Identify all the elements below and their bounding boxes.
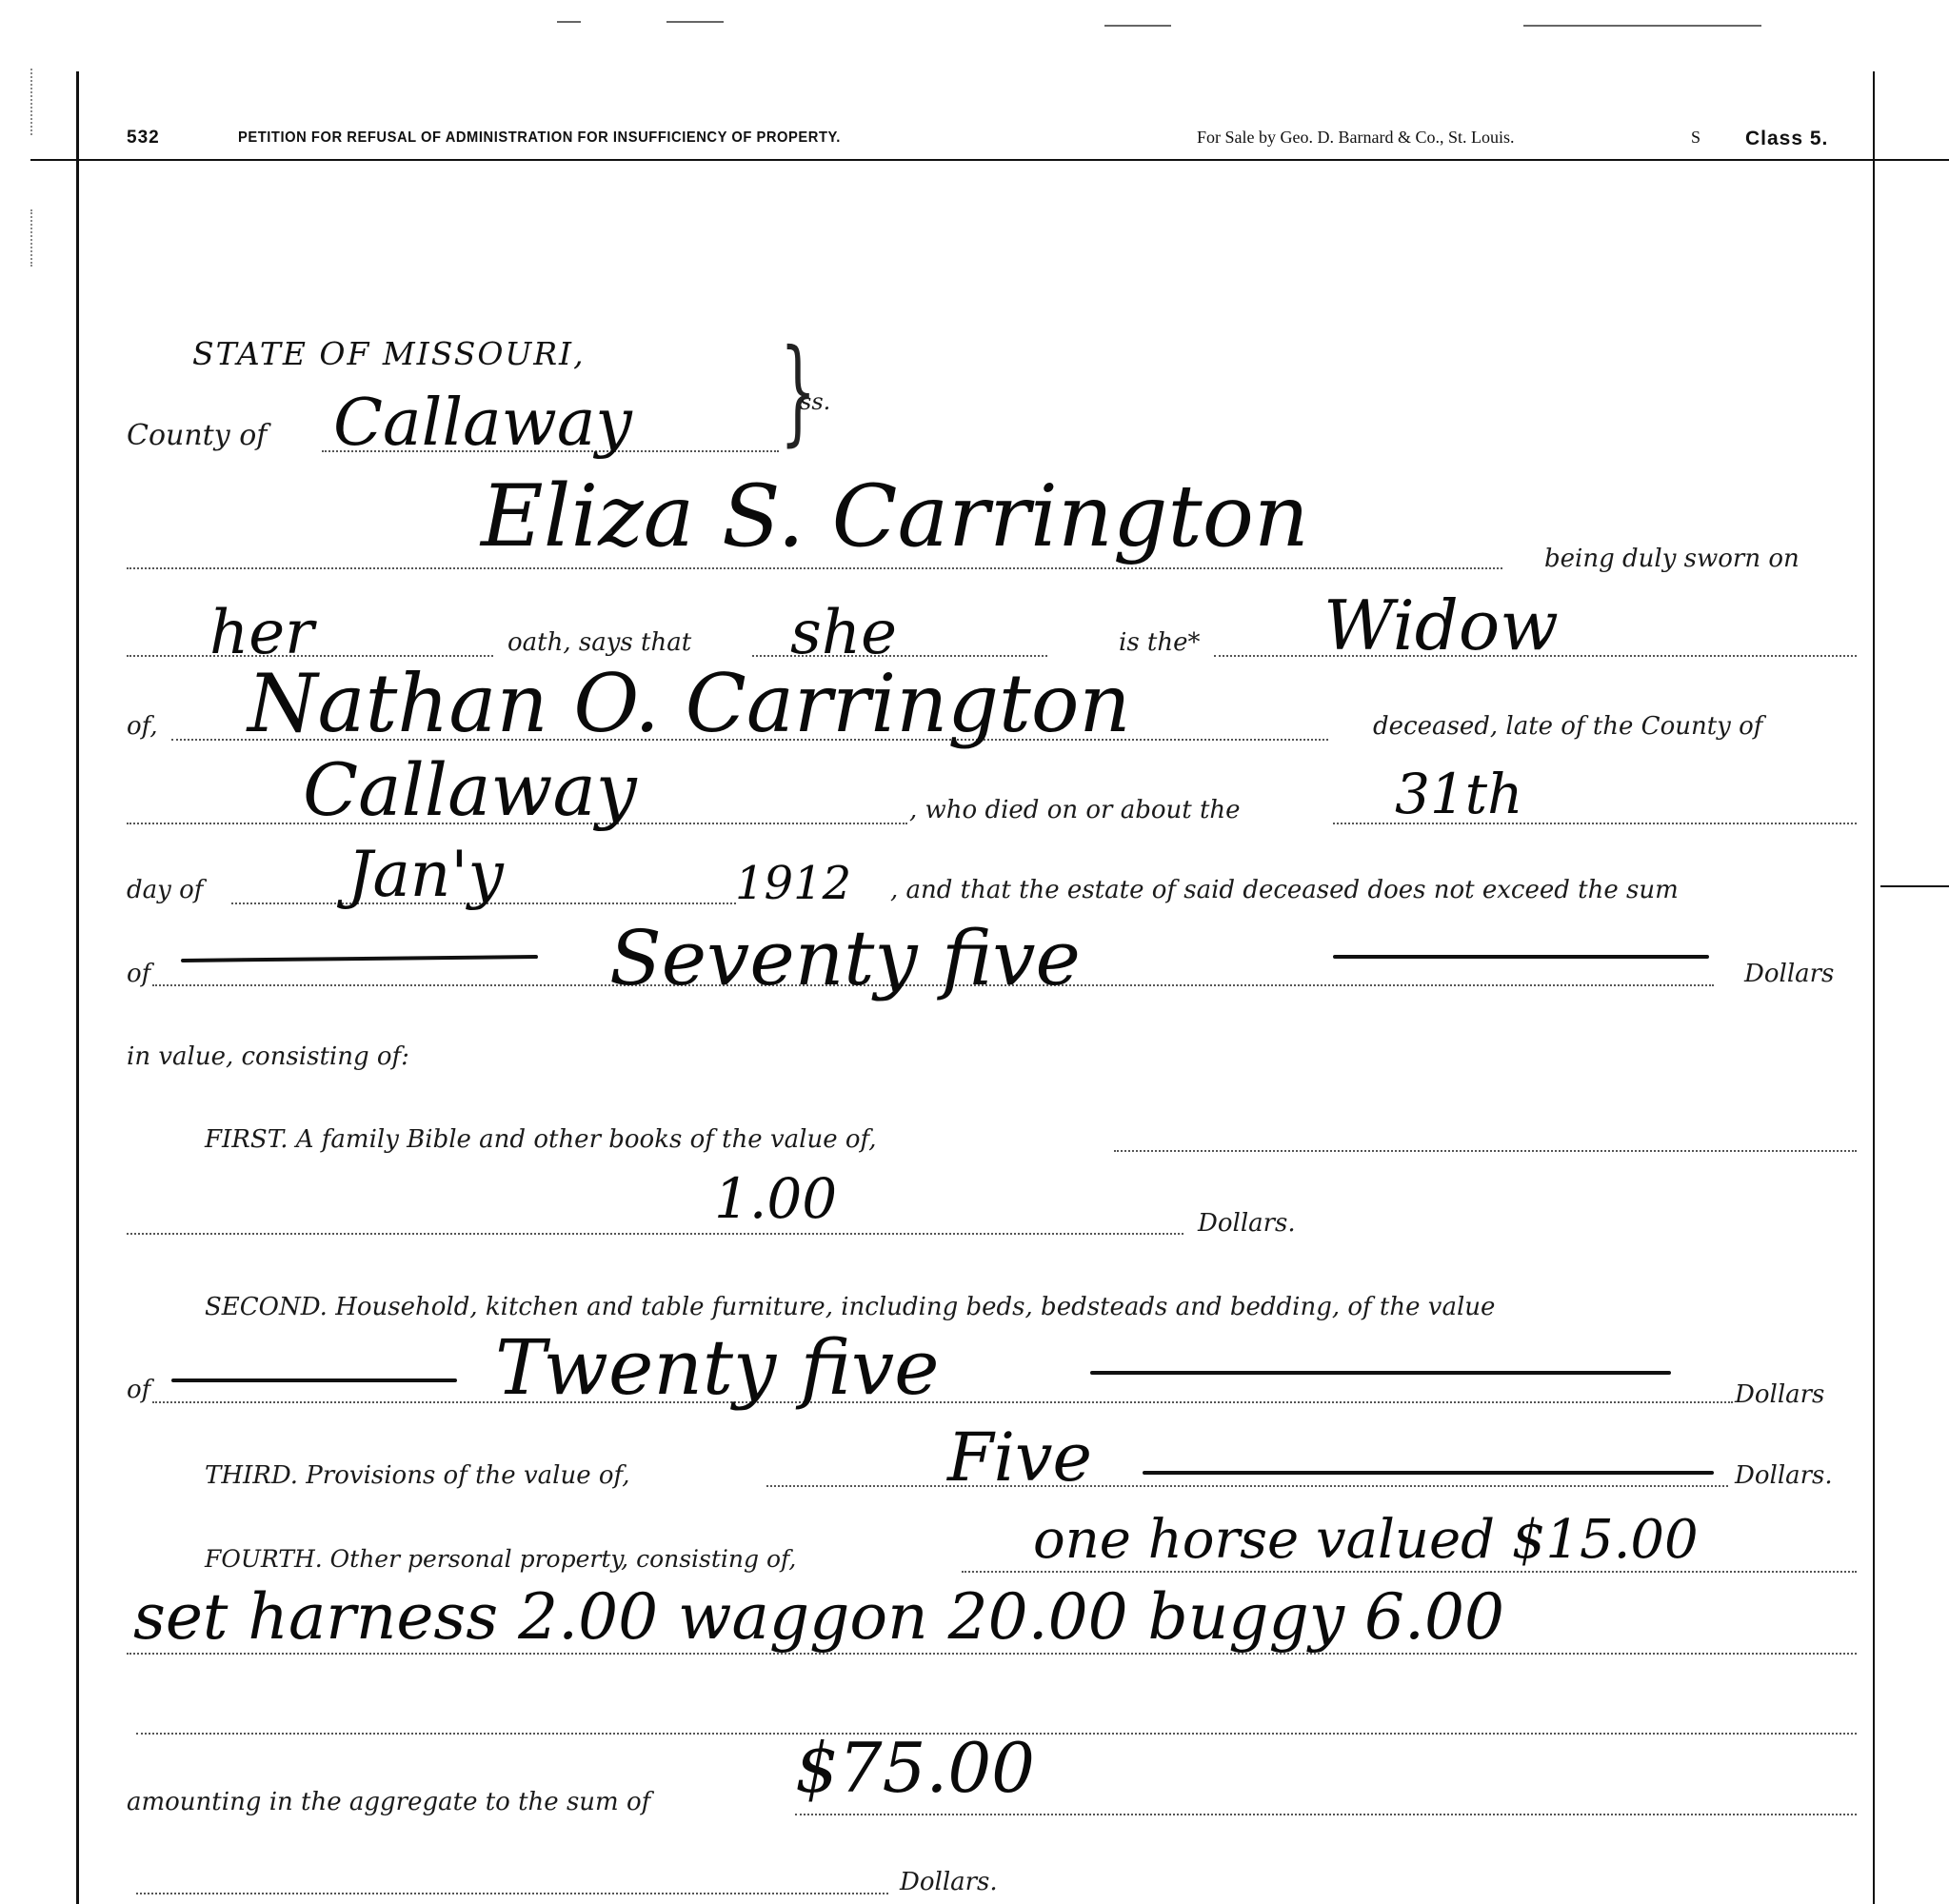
first-item-field-line-1 bbox=[1114, 1150, 1857, 1152]
series-mark: S bbox=[1691, 128, 1700, 148]
day-of-label: day of bbox=[127, 876, 203, 904]
aggregate-field-line bbox=[795, 1814, 1857, 1815]
third-item-label: THIRD. Provisions of the value of, bbox=[205, 1461, 629, 1490]
sworn-label: being duly sworn on bbox=[1544, 545, 1800, 573]
second-item-label: SECOND. Household, kitchen and table fur… bbox=[205, 1293, 1495, 1321]
first-dollars-label: Dollars. bbox=[1198, 1209, 1296, 1238]
scan-mark bbox=[1104, 25, 1171, 27]
county-field[interactable]: Callaway bbox=[333, 386, 632, 461]
fourth-item-line1-field[interactable]: one horse valued $15.00 bbox=[1033, 1509, 1699, 1571]
death-month-field[interactable]: Jan'y bbox=[348, 838, 504, 911]
estate-label: , and that the estate of said deceased d… bbox=[890, 876, 1679, 904]
form-number: 532 bbox=[127, 128, 160, 149]
publisher-note: For Sale by Geo. D. Barnard & Co., St. L… bbox=[1197, 128, 1514, 148]
fill-stroke bbox=[1143, 1471, 1714, 1475]
third-item-field-line bbox=[766, 1485, 1728, 1487]
third-dollars-label: Dollars. bbox=[1735, 1461, 1833, 1490]
deceased-county-field[interactable]: Callaway bbox=[303, 747, 637, 832]
fourth-item-field-line-1 bbox=[962, 1571, 1857, 1573]
scan-mark bbox=[557, 21, 581, 23]
second-dollars-label: Dollars bbox=[1735, 1380, 1824, 1409]
first-item-label: FIRST. A family Bible and other books of… bbox=[205, 1125, 876, 1154]
died-label: , who died on or about the bbox=[909, 796, 1241, 824]
scan-mark bbox=[666, 21, 724, 23]
sum-field[interactable]: Seventy five bbox=[609, 914, 1081, 1002]
affiant-name-field[interactable]: Eliza S. Carrington bbox=[481, 466, 1309, 566]
aggregate-value-field[interactable]: $75.00 bbox=[795, 1728, 1035, 1808]
form-title: PETITION FOR REFUSAL OF ADMINISTRATION F… bbox=[238, 129, 841, 147]
second-of-label: of bbox=[127, 1376, 150, 1404]
fill-stroke bbox=[1333, 955, 1709, 959]
death-year-field[interactable]: 1912 bbox=[735, 857, 851, 910]
deceased-name-field[interactable]: Nathan O. Carrington bbox=[248, 657, 1131, 750]
aggregate-label: amounting in the aggregate to the sum of bbox=[127, 1788, 650, 1816]
fill-stroke bbox=[1090, 1371, 1671, 1375]
margin-tick-right bbox=[1880, 885, 1949, 887]
fill-stroke bbox=[171, 1378, 457, 1382]
margin-tick bbox=[30, 69, 34, 135]
affiant-field-line bbox=[127, 567, 1502, 569]
first-item-value-field[interactable]: 1.00 bbox=[714, 1166, 837, 1231]
scan-mark bbox=[1523, 25, 1761, 27]
deceased-label: deceased, late of the County of bbox=[1373, 712, 1762, 741]
fourth-item-line2-field[interactable]: set harness 2.00 waggon 20.00 buggy 6.00 bbox=[133, 1580, 1504, 1654]
left-border-line bbox=[76, 71, 79, 1904]
aggregate-dollars-label: Dollars. bbox=[900, 1868, 998, 1896]
header-rule bbox=[30, 159, 1949, 161]
aggregate-dollars-line bbox=[136, 1893, 888, 1894]
county-label: County of bbox=[127, 419, 267, 452]
margin-tick bbox=[30, 209, 34, 267]
dollars-label: Dollars bbox=[1744, 960, 1834, 988]
state-label: STATE OF MISSOURI, bbox=[192, 335, 586, 372]
third-item-value-field[interactable]: Five bbox=[947, 1418, 1092, 1497]
oath-label: oath, says that bbox=[507, 628, 691, 657]
sum-of-label: of bbox=[127, 960, 150, 988]
second-item-value-field[interactable]: Twenty five bbox=[495, 1323, 940, 1412]
fill-stroke bbox=[181, 955, 538, 962]
relation-field[interactable]: Widow bbox=[1323, 585, 1559, 665]
ss-label: ss. bbox=[800, 388, 830, 415]
second-item-field-line bbox=[152, 1401, 1733, 1403]
fourth-item-label: FOURTH. Other personal property, consist… bbox=[205, 1545, 796, 1573]
consisting-label: in value, consisting of: bbox=[127, 1042, 409, 1071]
is-the-label: is the* bbox=[1119, 628, 1201, 657]
class-label: Class 5. bbox=[1745, 128, 1828, 150]
right-border-line bbox=[1873, 71, 1875, 1904]
first-item-field-line-2 bbox=[127, 1233, 1183, 1235]
death-day-field[interactable]: 31th bbox=[1395, 762, 1522, 826]
of-label: of, bbox=[127, 712, 158, 741]
